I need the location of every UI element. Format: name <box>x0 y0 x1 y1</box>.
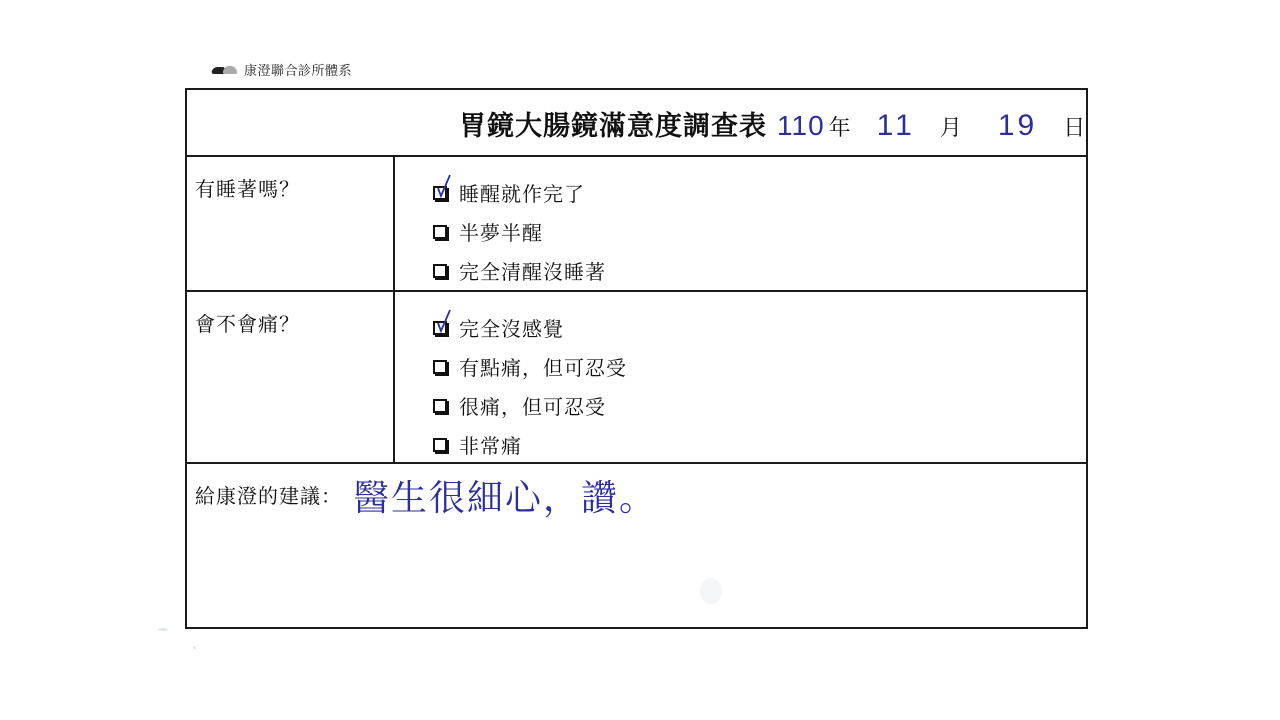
question-sleep-row: 有睡著嗎？ 睡醒就作完了 半夢半醒 完全清醒沒睡著 <box>187 157 1086 292</box>
organization-header: 康澄聯合診所體系 <box>212 60 352 79</box>
survey-form: 胃鏡大腸鏡滿意度調查表 110 年 11 月 19 日 有睡著嗎？ <box>185 88 1088 629</box>
option-pain-very[interactable]: 很痛，但可忍受 <box>433 386 627 425</box>
option-sleep-half[interactable]: 半夢半醒 <box>433 212 606 251</box>
question-pain-label: 會不會痛？ <box>195 308 300 337</box>
option-pain-extreme[interactable]: 非常痛 <box>433 425 627 464</box>
date-year-field[interactable]: 110 <box>777 110 825 142</box>
option-label: 完全沒感覺 <box>459 313 564 342</box>
checkbox-unchecked[interactable] <box>433 264 447 278</box>
scan-speck <box>193 646 196 649</box>
checkmark-icon <box>436 309 452 333</box>
checkbox-unchecked[interactable] <box>433 399 447 413</box>
month-unit-label: 月 <box>940 111 962 142</box>
checkbox-unchecked[interactable] <box>433 438 447 452</box>
option-label: 有點痛，但可忍受 <box>459 352 627 381</box>
question-pain-row: 會不會痛？ 完全沒感覺 有點痛，但可忍受 很痛，但可 <box>187 292 1086 464</box>
scan-speck <box>158 628 168 631</box>
checkbox-checked[interactable] <box>433 321 447 335</box>
checkbox-checked[interactable] <box>433 186 447 200</box>
option-label: 完全清醒沒睡著 <box>459 256 606 285</box>
option-sleep-awake[interactable]: 完全清醒沒睡著 <box>433 251 606 290</box>
year-unit-label: 年 <box>829 111 851 142</box>
organization-name: 康澄聯合診所體系 <box>244 60 352 79</box>
question-sleep-label: 有睡著嗎？ <box>195 173 300 202</box>
column-divider <box>393 292 395 462</box>
title-row: 胃鏡大腸鏡滿意度調查表 110 年 11 月 19 日 <box>187 90 1086 157</box>
option-label: 睡醒就作完了 <box>459 178 585 207</box>
column-divider <box>393 157 395 290</box>
option-label: 非常痛 <box>459 430 522 459</box>
scan-speck <box>700 578 722 604</box>
checkbox-unchecked[interactable] <box>433 225 447 239</box>
survey-page: 康澄聯合診所體系 胃鏡大腸鏡滿意度調查表 110 年 11 月 19 日 有睡著… <box>0 0 1280 720</box>
checkmark-icon <box>436 174 452 198</box>
suggestion-row: 給康澄的建議： 醫生很細心，讚。 <box>187 464 1086 627</box>
suggestion-answer-field[interactable]: 醫生很細心，讚。 <box>353 470 657 521</box>
bird-wing-logo-icon <box>212 65 238 75</box>
sleep-options: 睡醒就作完了 半夢半醒 完全清醒沒睡著 <box>433 173 606 290</box>
day-unit-label: 日 <box>1063 111 1085 142</box>
checkbox-unchecked[interactable] <box>433 360 447 374</box>
suggestion-label: 給康澄的建議： <box>195 480 342 509</box>
option-label: 很痛，但可忍受 <box>459 391 606 420</box>
date-day-field[interactable]: 19 <box>998 109 1037 143</box>
option-pain-slight[interactable]: 有點痛，但可忍受 <box>433 347 627 386</box>
pain-options: 完全沒感覺 有點痛，但可忍受 很痛，但可忍受 非常痛 <box>433 308 627 464</box>
date-month-field[interactable]: 11 <box>877 109 916 143</box>
option-pain-none[interactable]: 完全沒感覺 <box>433 308 627 347</box>
option-label: 半夢半醒 <box>459 217 543 246</box>
form-title: 胃鏡大腸鏡滿意度調查表 <box>459 104 767 143</box>
option-sleep-asleep[interactable]: 睡醒就作完了 <box>433 173 606 212</box>
